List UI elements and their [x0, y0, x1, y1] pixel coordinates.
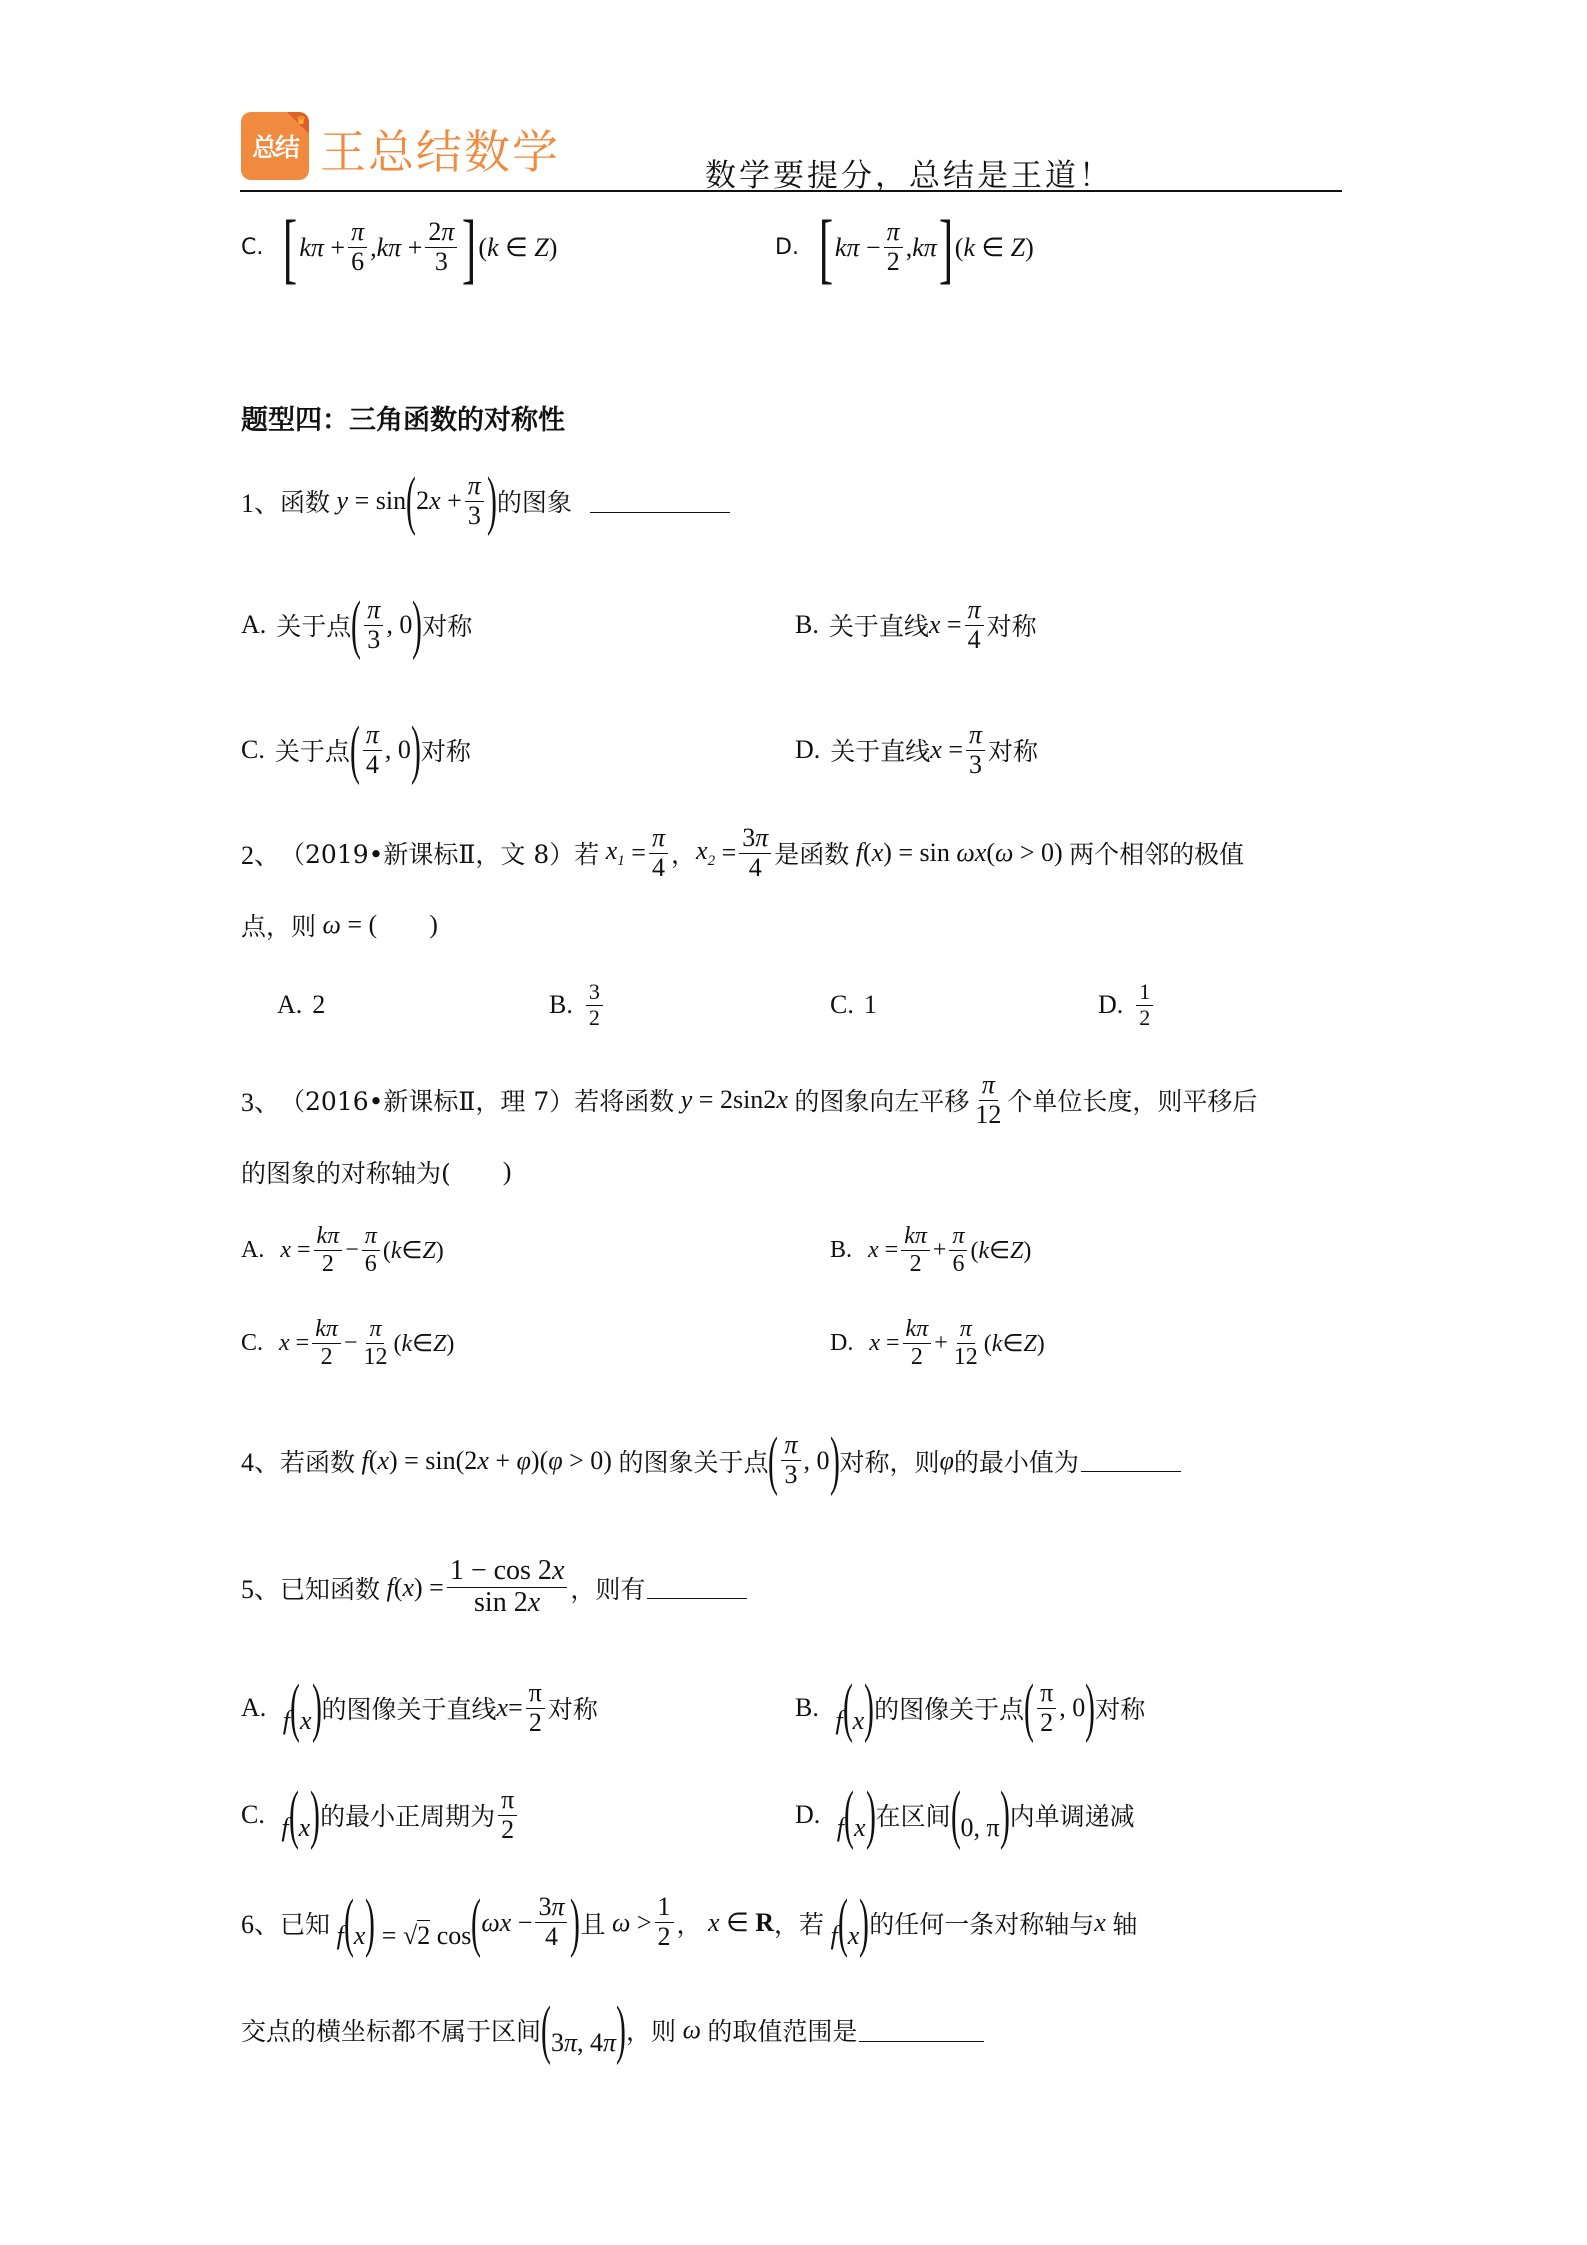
stem-text: 个单位长度，则平移后	[1007, 1082, 1257, 1118]
option-text: 关于直线	[829, 607, 929, 643]
option-text: 对称	[548, 1690, 598, 1726]
header-divider	[240, 190, 1342, 192]
prev-option-c: C. [ kπ + π6 ,kπ + 2π3 ] (k ∈ Z)	[241, 200, 557, 295]
option-text: 对称	[1095, 1690, 1145, 1726]
option-text: 关于直线	[830, 732, 930, 768]
q2-option-c[interactable]: C. 1	[830, 975, 877, 1035]
option-label: C.	[241, 1330, 263, 1357]
crown-icon: ♛	[296, 114, 306, 127]
stem-text: 轴	[1112, 1905, 1137, 1941]
option-text: 1	[864, 990, 877, 1020]
option-label: D.	[795, 735, 820, 765]
option-label: C.	[241, 235, 263, 260]
stem-text: 的任何一条对称轴与	[869, 1905, 1094, 1941]
q2-option-d[interactable]: D. 12	[1098, 975, 1156, 1035]
stem-text: ，	[677, 1905, 702, 1941]
option-label: B.	[795, 1693, 819, 1723]
option-text: 关于点	[276, 607, 351, 643]
option-text: 对称	[988, 732, 1038, 768]
q3-option-c[interactable]: C. x = kπ2− π12(k∈Z)	[241, 1308, 454, 1378]
option-label: C.	[241, 1800, 265, 1830]
section-title: 题型四：三角函数的对称性	[241, 398, 565, 437]
q1-option-d[interactable]: D. 关于直线 x =π3 对称	[795, 710, 1038, 790]
option-label: C.	[241, 735, 265, 765]
option-text: 在区间	[876, 1797, 951, 1833]
option-label: D.	[1098, 990, 1123, 1020]
option-label: A.	[241, 1693, 266, 1723]
stem-text: 已知函数	[280, 1570, 380, 1606]
question-3-cont: 的图象的对称轴为( )	[241, 1152, 511, 1192]
slogan: 数学要提分，总结是王道！	[705, 150, 1113, 195]
answer-blank[interactable]	[1081, 1449, 1181, 1472]
option-text: 的最小正周期为	[320, 1797, 495, 1833]
option-label: D.	[830, 1330, 853, 1357]
option-label: A.	[241, 1237, 264, 1264]
q2-option-a[interactable]: A. 2	[277, 975, 325, 1035]
stem-text: ，若	[774, 1905, 824, 1941]
option-label: C.	[830, 990, 854, 1020]
stem-text: 交点的横坐标都不属于区间	[241, 2012, 541, 2048]
answer-blank[interactable]	[590, 490, 730, 513]
stem-text: 是函数	[774, 835, 849, 871]
question-6-cont: 交点的横坐标都不属于区间 (3π, 4π) ，则 ω 的取值范围是	[241, 2000, 984, 2060]
stem-text: 若	[574, 835, 599, 871]
stem-text: 的取值范围是	[707, 2012, 857, 2048]
option-text: 内单调递减	[1010, 1797, 1135, 1833]
q5-option-b[interactable]: B. f(x) 的图像关于点 (π2, 0) 对称	[795, 1668, 1145, 1748]
option-label: A.	[241, 610, 266, 640]
option-text: 2	[312, 990, 325, 1020]
option-text: 对称	[421, 732, 471, 768]
question-2-cont: 点，则 ω = ( )	[241, 905, 438, 945]
question-source: （2016•新课标Ⅱ，理 7）	[280, 1082, 574, 1118]
question-3: 3、 （2016•新课标Ⅱ，理 7） 若将函数 y = 2sin2x 的图象向左…	[241, 1065, 1257, 1135]
stem-text: 若函数	[280, 1443, 355, 1479]
q1-option-a[interactable]: A. 关于点 (π3, 0) 对称	[241, 585, 472, 665]
option-text: 关于点	[275, 732, 350, 768]
stem-text: 函数	[280, 483, 330, 519]
logo-mark: ♛ 总结	[241, 112, 309, 180]
stem-text: 的最小值为	[954, 1443, 1079, 1479]
stem-text: 点，则	[241, 907, 316, 943]
stem-text: 的图象向左平移	[794, 1082, 969, 1118]
option-text: 对称	[422, 607, 472, 643]
question-number: 6、	[241, 1904, 280, 1941]
q5-option-a[interactable]: A. f(x) 的图像关于直线 x=π2 对称	[241, 1668, 598, 1748]
option-text: 的图像关于点	[874, 1690, 1024, 1726]
question-number: 5、	[241, 1569, 280, 1606]
stem-text: 已知	[280, 1905, 330, 1941]
stem-text: 若将函数	[574, 1082, 674, 1118]
stem-text: 的图象关于点	[618, 1443, 768, 1479]
q3-option-d[interactable]: D. x = kπ2+ π12(k∈Z)	[830, 1308, 1045, 1378]
q3-option-a[interactable]: A. x = kπ2− π6(k∈Z)	[241, 1215, 444, 1285]
option-label: B.	[830, 1237, 852, 1264]
option-label: B.	[549, 990, 573, 1020]
logo-text: 王总结数学	[320, 116, 560, 182]
option-text: 对称	[987, 607, 1037, 643]
question-source: （2019•新课标Ⅱ，文 8）	[280, 835, 574, 871]
question-4: 4、 若函数 f(x) = sin(2x + φ)(φ > 0) 的图象关于点 …	[241, 1418, 1181, 1503]
stem-text: ，则	[626, 2012, 676, 2048]
stem-text: 的图象	[497, 483, 572, 519]
q2-option-b[interactable]: B. 32	[549, 975, 606, 1035]
question-number: 3、	[241, 1082, 280, 1119]
option-label: B.	[795, 610, 819, 640]
option-text: 的图像关于直线	[322, 1690, 497, 1726]
q5-option-d[interactable]: D. f(x) 在区间 (0, π) 内单调递减	[795, 1775, 1135, 1855]
answer-blank[interactable]	[859, 2019, 984, 2042]
question-6: 6、 已知 f(x) = √2 cos (ωx − 3π4) 且 ω > 12 …	[241, 1880, 1137, 1965]
prev-option-d: D. [ kπ − π2 ,kπ ] (k ∈ Z)	[775, 200, 1034, 295]
answer-blank[interactable]	[647, 1576, 747, 1599]
option-text: 32	[586, 980, 603, 1029]
question-5: 5、 已知函数 f(x) = 1 − cos 2xsin 2x ，则有	[241, 1545, 747, 1630]
q1-option-c[interactable]: C. 关于点 (π4, 0) 对称	[241, 710, 471, 790]
q3-option-b[interactable]: B. x = kπ2+ π6(k∈Z)	[830, 1215, 1031, 1285]
question-2: 2、 （2019•新课标Ⅱ，文 8） 若 x1 = π4， x2 = 3π4 是…	[241, 818, 1244, 888]
question-number: 2、	[241, 835, 280, 872]
stem-text: 对称，则	[839, 1443, 939, 1479]
stem-text: 两个相邻的极值	[1069, 835, 1244, 871]
q1-option-b[interactable]: B. 关于直线 x =π4 对称	[795, 585, 1037, 665]
question-number: 4、	[241, 1442, 280, 1479]
option-label: D.	[775, 235, 799, 260]
option-text: 12	[1136, 980, 1153, 1029]
stem-text: 的图象的对称轴为(	[241, 1154, 451, 1190]
stem-text: 且	[580, 1905, 605, 1941]
option-label: A.	[277, 990, 302, 1020]
question-number: 1、	[241, 483, 280, 520]
option-label: D.	[795, 1800, 820, 1830]
stem-text: ，则有	[570, 1570, 645, 1606]
q5-option-c[interactable]: C. f(x) 的最小正周期为 π2	[241, 1775, 520, 1855]
question-1: 1、 函数 y = sin (2x + π3 ) 的图象	[241, 458, 730, 544]
